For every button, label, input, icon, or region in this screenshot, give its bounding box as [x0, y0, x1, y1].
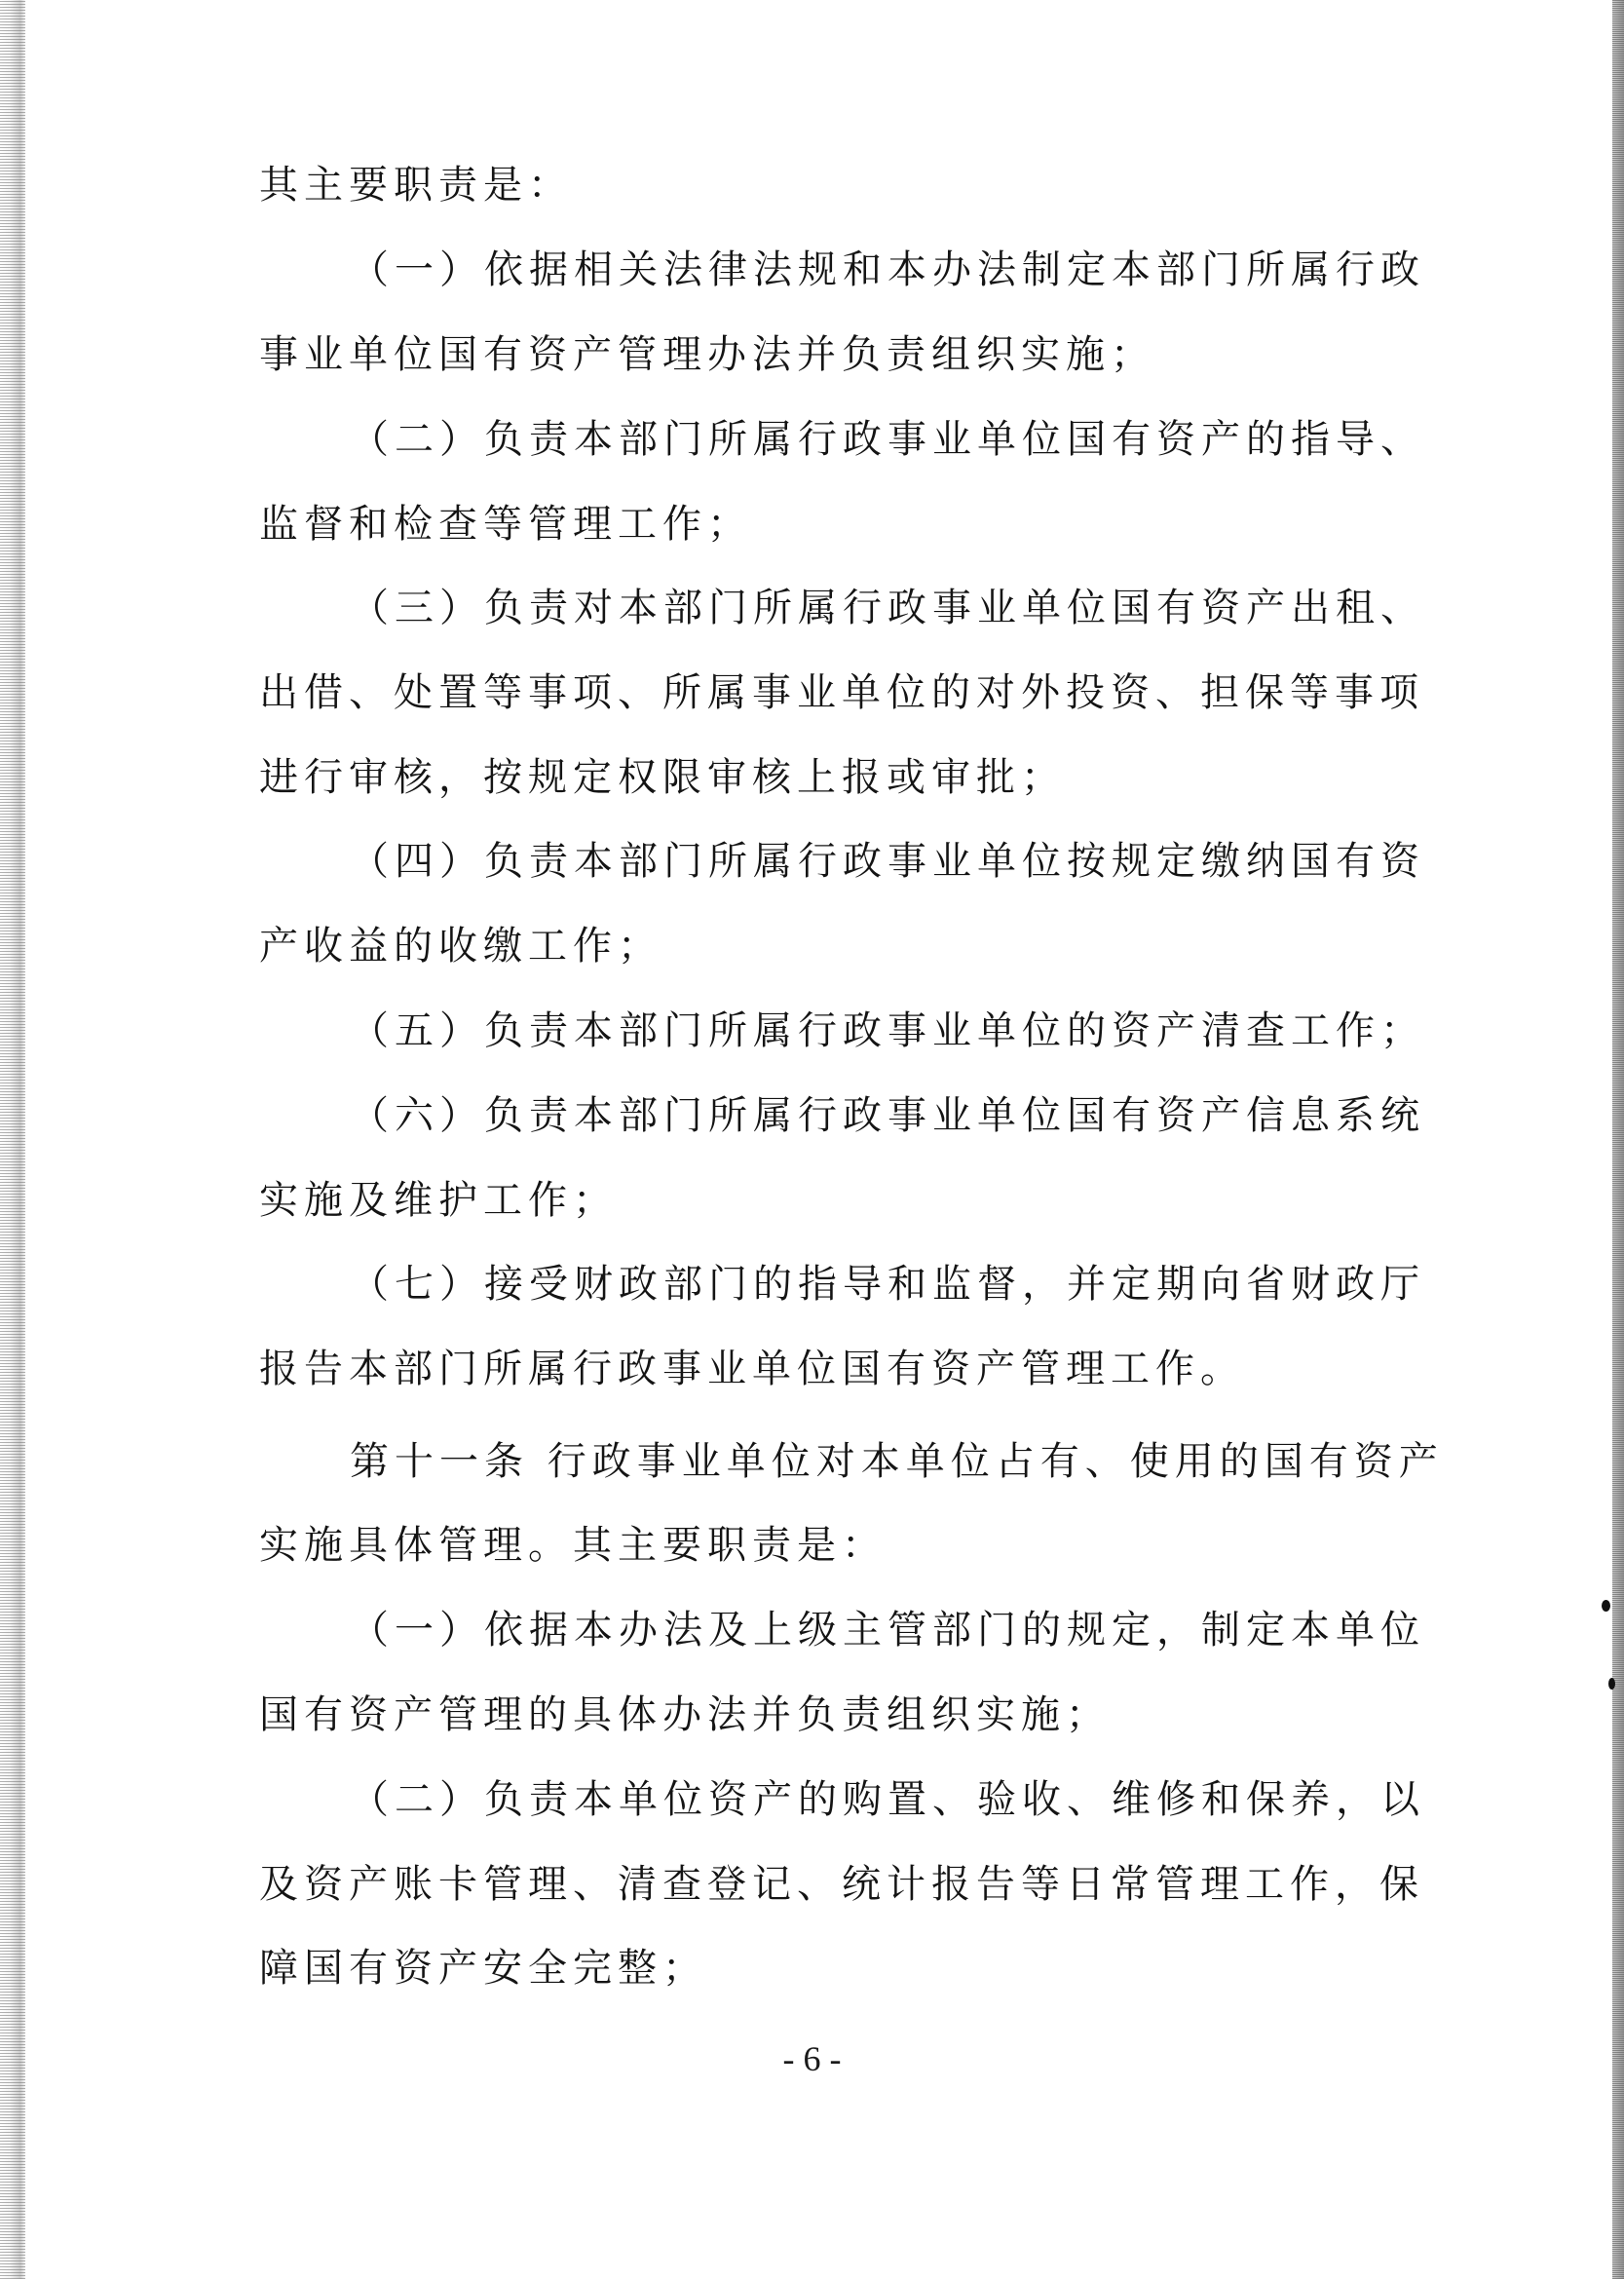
text-line: 报告本部门所属行政事业单位国有资产管理工作。: [259, 1340, 1245, 1398]
text-line: 其主要职责是：: [259, 156, 573, 214]
text-line: （五）负责本部门所属行政事业单位的资产清查工作；: [350, 1002, 1425, 1060]
text-line: 及资产账卡管理、清查登记、统计报告等日常管理工作，保: [259, 1855, 1424, 1914]
text-line: 产收益的收缴工作；: [259, 917, 662, 975]
text-line: （三）负责对本部门所属行政事业单位国有资产出租、: [350, 579, 1425, 637]
page-number: - 6 -: [0, 2038, 1624, 2079]
text-line: （六）负责本部门所属行政事业单位国有资产信息系统: [350, 1086, 1425, 1145]
text-line: 障国有资产安全完整；: [259, 1939, 707, 1997]
article-heading-line: 第十一条 行政事业单位对本单位占有、使用的国有资产: [350, 1432, 1444, 1491]
text-line: （七）接受财政部门的指导和监督，并定期向省财政厅: [350, 1255, 1425, 1313]
text-line: 进行审核，按规定权限审核上报或审批；: [259, 748, 1066, 807]
text-line: 出借、处置等事项、所属事业单位的对外投资、担保等事项: [259, 664, 1424, 722]
text-line: （四）负责本部门所属行政事业单位按规定缴纳国有资: [350, 832, 1425, 891]
text-line: 实施及维护工作；: [259, 1171, 618, 1230]
text-line: 事业单位国有资产管理办法并负责组织实施；: [259, 325, 1155, 384]
scan-speck: [1602, 1600, 1610, 1612]
scan-edge-artifact-left: [0, 0, 25, 2279]
text-line: （一）依据本办法及上级主管部门的规定，制定本单位: [350, 1601, 1425, 1659]
scan-speck: [1608, 1678, 1615, 1690]
text-line: （二）负责本单位资产的购置、验收、维修和保养，以: [350, 1770, 1425, 1829]
text-line: 国有资产管理的具体办法并负责组织实施；: [259, 1686, 1111, 1744]
scanned-document-page: 其主要职责是： （一）依据相关法律法规和本办法制定本部门所属行政 事业单位国有资…: [0, 0, 1624, 2279]
text-line: （一）依据相关法律法规和本办法制定本部门所属行政: [350, 241, 1425, 299]
scan-edge-artifact-right: [1612, 0, 1624, 2279]
text-line: 监督和检查等管理工作；: [259, 495, 752, 553]
text-line: 实施具体管理。其主要职责是：: [259, 1516, 887, 1575]
text-line: （二）负责本部门所属行政事业单位国有资产的指导、: [350, 410, 1425, 469]
